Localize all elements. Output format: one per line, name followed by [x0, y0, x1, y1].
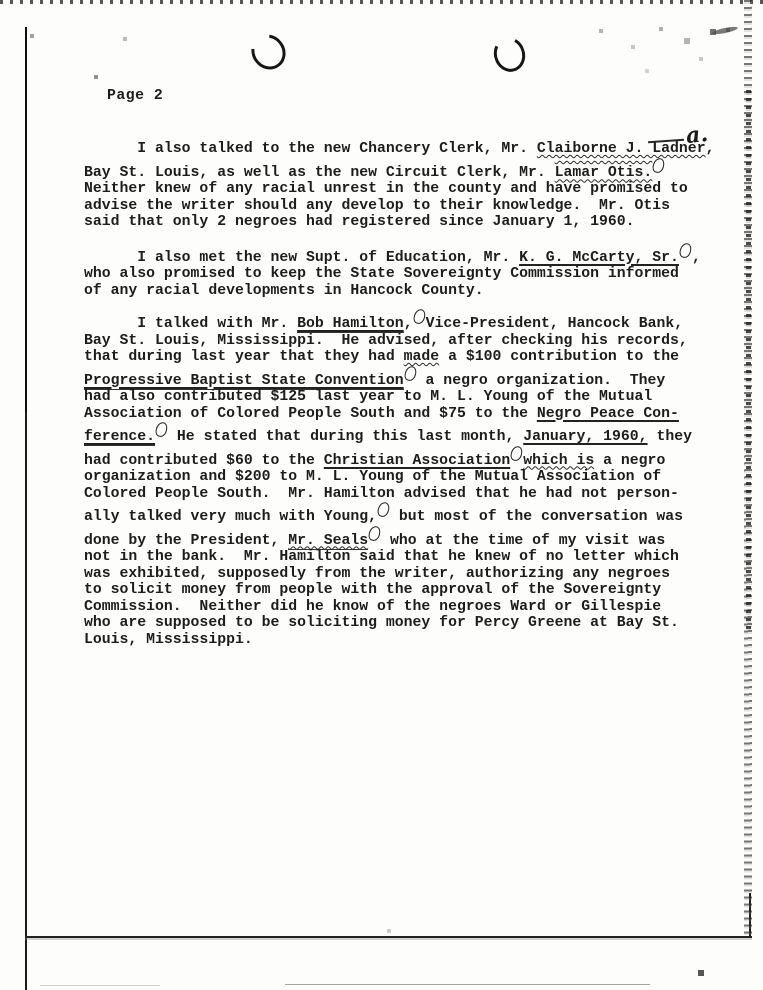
text-segment: , — [706, 141, 715, 157]
paragraph: I also met the new Supt. of Education, M… — [84, 243, 734, 300]
text-segment: done by the President, — [84, 533, 288, 549]
text-segment: Bob Hamilton — [297, 316, 404, 333]
text-line: advise the writer should any develop to … — [84, 198, 734, 215]
pen-circle-mark — [678, 241, 692, 258]
text-line: organization and $200 to M. L. Young of … — [84, 469, 734, 486]
text-segment: I also talked to the new Chancery Clerk,… — [84, 141, 537, 157]
text-segment: of any racial developments in Hancock Co… — [84, 283, 484, 299]
text-segment: who also promised to keep the State Sove… — [84, 266, 679, 282]
document-body: I also talked to the new Chancery Clerk,… — [84, 141, 734, 648]
text-line: had also contributed $125 last year to M… — [84, 389, 734, 406]
text-line: to solicit money from people with the ap… — [84, 582, 734, 599]
text-segment: Bay St. Louis, as well as the new Circui… — [84, 165, 555, 181]
text-line: Bay St. Louis, Mississippi. He advised, … — [84, 333, 734, 350]
text-segment: Colored People South. Mr. Hamilton advis… — [84, 486, 679, 502]
text-line: done by the President, Mr. Seals who at … — [84, 526, 734, 550]
text-line: Colored People South. Mr. Hamilton advis… — [84, 486, 734, 503]
text-segment: which is — [523, 453, 594, 469]
text-segment: He stated that during this last month, — [168, 429, 523, 445]
text-segment: Neither knew of any racial unrest in the… — [84, 181, 688, 197]
text-segment: , — [404, 316, 413, 332]
binding-edge-band-inner — [746, 90, 751, 630]
text-segment: a negro organization. They — [417, 373, 666, 389]
text-line: I talked with Mr. Bob Hamilton,Vice-Pres… — [84, 309, 734, 333]
text-segment: Association of Colored People South and … — [84, 406, 537, 422]
text-segment: Mr. Seals — [288, 533, 368, 550]
page-left-border — [25, 27, 27, 990]
scan-smudge — [712, 25, 738, 35]
text-segment: they — [648, 429, 692, 445]
pen-circle-mark — [368, 524, 382, 541]
text-line: who also promised to keep the State Sove… — [84, 266, 734, 283]
text-segment: that during last year that they had — [84, 349, 404, 365]
text-segment: Christian Association — [324, 453, 510, 469]
text-segment: I also met the new Supt. of Education, M… — [84, 250, 519, 266]
text-segment: Commission. Neither did he know of the n… — [84, 599, 661, 615]
text-segment: a $100 contribution to the — [439, 349, 679, 365]
text-line: was exhibited, supposedly from the write… — [84, 566, 734, 583]
text-line: said that only 2 negroes had registered … — [84, 214, 734, 231]
text-segment: advise the writer should any develop to … — [84, 198, 670, 214]
text-segment: Louis, Mississippi. — [84, 632, 253, 648]
pen-circle-mark — [376, 501, 390, 518]
text-segment: had also contributed $125 last year to M… — [84, 389, 652, 405]
text-segment: K. G. McCarty, Sr. — [519, 250, 679, 266]
top-perforation-dots — [0, 0, 763, 4]
text-segment: Lamar Otis. — [555, 165, 653, 181]
paragraph: I also talked to the new Chancery Clerk,… — [84, 141, 734, 231]
text-segment: organization and $200 to M. L. Young of … — [84, 469, 661, 485]
scan-noise-specks — [0, 0, 2, 2]
text-segment: said that only 2 negroes had registered … — [84, 214, 635, 230]
text-line: I also talked to the new Chancery Clerk,… — [84, 141, 734, 158]
text-segment: Progressive Baptist State Convention — [84, 373, 404, 390]
text-segment: was exhibited, supposedly from the write… — [84, 566, 670, 582]
pen-circle-mark — [403, 364, 417, 381]
text-segment: , — [692, 250, 701, 266]
text-segment: I talked with Mr. — [84, 316, 297, 332]
text-line: I also met the new Supt. of Education, M… — [84, 243, 734, 267]
pen-circle-mark — [154, 421, 168, 438]
text-segment: who are supposed to be soliciting money … — [84, 615, 679, 631]
scanned-document: { "colors": { "ink": "#1d1d1d", "paper":… — [0, 0, 763, 990]
text-segment: Vice-President, Hancock Bank, — [426, 316, 684, 332]
text-segment: to solicit money from people with the ap… — [84, 582, 661, 598]
text-line: Louis, Mississippi. — [84, 632, 734, 649]
text-segment: not in the bank. Mr. Hamilton said that … — [84, 549, 679, 565]
text-segment: Negro Peace Con- — [537, 406, 679, 422]
pen-circle-mark-right — [489, 33, 529, 76]
text-segment: Bay St. Louis, Mississippi. He advised, … — [84, 333, 688, 349]
text-line: ally talked very much with Young, but mo… — [84, 502, 734, 526]
pen-circle-mark-left — [244, 28, 292, 77]
page-number-label: Page 2 — [107, 88, 163, 104]
pen-circle-mark — [652, 156, 666, 173]
text-segment: made — [404, 349, 440, 365]
text-segment: January, 1960, — [523, 429, 647, 445]
scan-artifact-line — [40, 985, 160, 986]
text-segment: a negro — [594, 453, 665, 469]
text-line: had contributed $60 to the Christian Ass… — [84, 446, 734, 470]
text-segment: but most of the conversation was — [390, 509, 683, 525]
text-segment: who at the time of my visit was — [381, 533, 665, 549]
text-line: Progressive Baptist State Convention a n… — [84, 366, 734, 390]
text-line: that during last year that they had made… — [84, 349, 734, 366]
pen-circle-mark — [412, 308, 426, 325]
text-segment: ference. — [84, 429, 155, 446]
paragraph: I talked with Mr. Bob Hamilton,Vice-Pres… — [84, 309, 734, 648]
text-segment: ally talked very much with Young, — [84, 509, 377, 525]
text-segment: had contributed $60 to the — [84, 453, 324, 469]
text-line: Bay St. Louis, as well as the new Circui… — [84, 158, 734, 182]
text-line: who are supposed to be soliciting money … — [84, 615, 734, 632]
scan-artifact-line — [285, 984, 650, 985]
text-line: of any racial developments in Hancock Co… — [84, 283, 734, 300]
text-line: Neither knew of any racial unrest in the… — [84, 181, 734, 198]
text-line: Association of Colored People South and … — [84, 406, 734, 423]
text-line: not in the bank. Mr. Hamilton said that … — [84, 549, 734, 566]
text-line: ference. He stated that during this last… — [84, 422, 734, 446]
text-line: Commission. Neither did he know of the n… — [84, 599, 734, 616]
page-bottom-border — [25, 936, 752, 938]
pen-circle-mark — [510, 444, 524, 461]
text-segment: Claiborne J. Ladner — [537, 141, 706, 157]
